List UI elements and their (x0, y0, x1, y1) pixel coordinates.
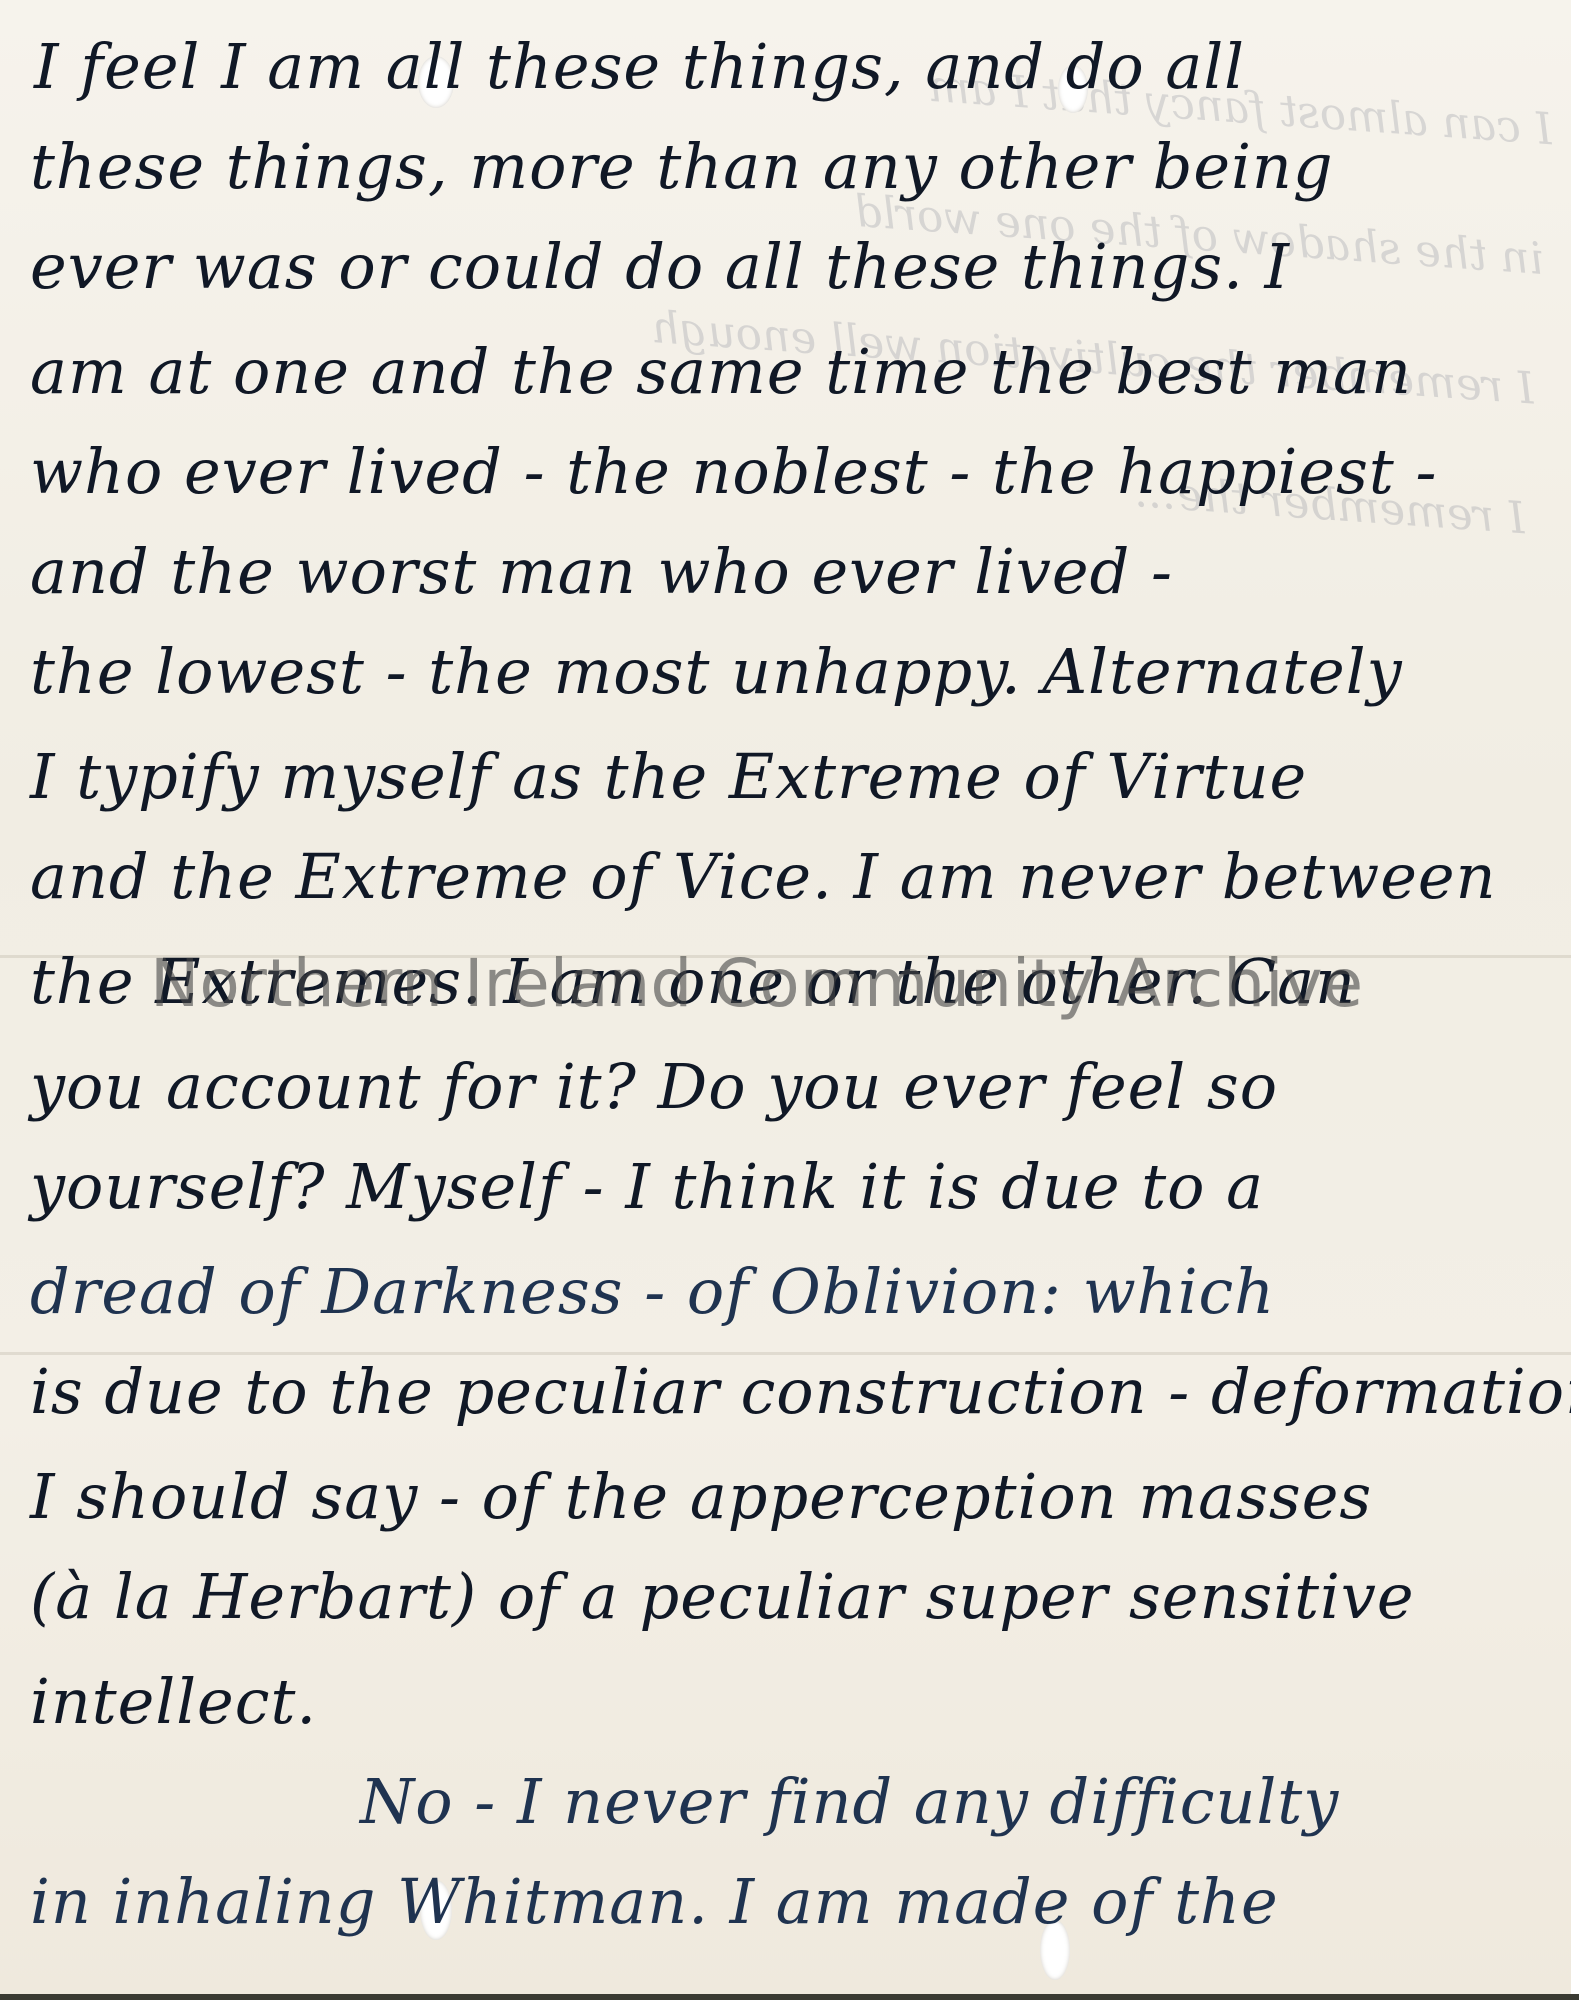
text-line: in inhaling Whitman. I am made of the (30, 1865, 1279, 1938)
text-line: who ever lived - the noblest - the happi… (30, 435, 1437, 508)
text-line: am at one and the same time the best man (30, 335, 1412, 408)
text-line: I feel I am all these things, and do all (34, 30, 1245, 103)
text-line: the Extremes. I am one or the other. Can (30, 945, 1356, 1018)
text-line: I typify myself as the Extreme of Virtue (30, 740, 1307, 813)
text-line: yourself? Myself - I think it is due to … (30, 1150, 1264, 1223)
text-line: and the worst man who ever lived - (30, 535, 1173, 608)
text-line: intellect. (30, 1665, 317, 1738)
text-line: No - I never find any difficulty (360, 1765, 1339, 1838)
text-line: these things, more than any other being (30, 130, 1334, 203)
text-line: I should say - of the apperception masse… (30, 1460, 1372, 1533)
letter-page: I can almost fancy that I am in the shad… (0, 0, 1579, 2000)
scan-edge (1571, 0, 1579, 2000)
scan-edge (0, 1994, 1579, 2000)
text-line: the lowest - the most unhappy. Alternate… (30, 635, 1403, 708)
text-line: you account for it? Do you ever feel so (30, 1050, 1278, 1123)
text-line: ever was or could do all these things. I (30, 230, 1290, 303)
text-line: and the Extreme of Vice. I am never betw… (30, 840, 1497, 913)
text-line: (à la Herbart) of a peculiar super sensi… (30, 1560, 1415, 1633)
text-line: is due to the peculiar construction - de… (30, 1355, 1579, 1428)
text-line: dread of Darkness - of Oblivion: which (30, 1255, 1275, 1328)
